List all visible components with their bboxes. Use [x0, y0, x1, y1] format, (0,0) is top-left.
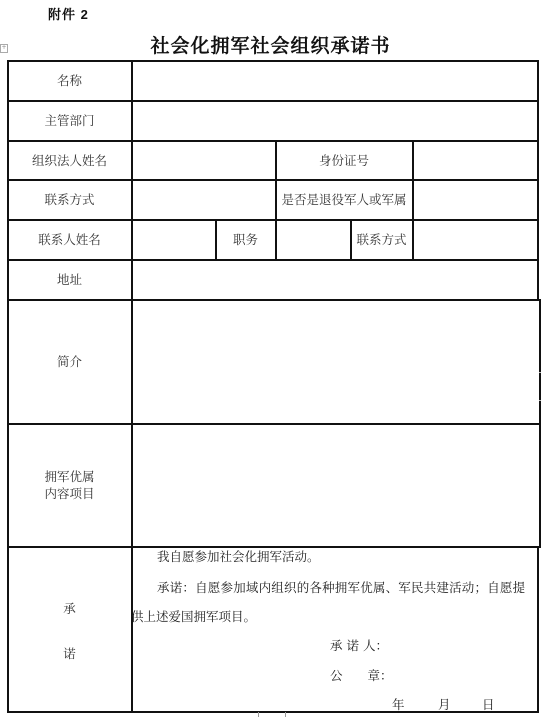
id-number-label: 身份证号: [276, 141, 412, 179]
address-label: 地址: [8, 260, 131, 299]
contact-phone-label: 联系方式: [351, 220, 412, 259]
date-day: 日: [482, 695, 495, 713]
legal-rep-field[interactable]: [133, 142, 274, 179]
page-break-marker: [258, 712, 286, 717]
table-border-right: [537, 546, 539, 713]
contact-person-field[interactable]: [133, 221, 214, 258]
contact-person-label: 联系人姓名: [8, 220, 131, 259]
position-field[interactable]: [277, 221, 349, 258]
contact-label: 联系方式: [8, 180, 131, 219]
date-year: 年: [392, 695, 405, 713]
supervisor-field[interactable]: [133, 102, 536, 139]
support-items-label-line2: 内容项目: [44, 485, 94, 502]
table-border-right: [539, 299, 541, 548]
legal-rep-label: 组织法人姓名: [8, 141, 131, 179]
supervisor-label: 主管部门: [8, 101, 131, 140]
intro-field[interactable]: [133, 301, 538, 422]
pledge-label-char1: 承: [8, 598, 131, 618]
signer-label: 承 诺 人：: [330, 636, 388, 654]
table-border-right: [537, 60, 539, 300]
attachment-label: 附件 2: [48, 4, 89, 23]
address-field[interactable]: [133, 261, 536, 298]
seal-field[interactable]: [400, 664, 530, 684]
position-label: 职务: [216, 220, 275, 259]
support-items-label-line1: 拥军优属: [44, 468, 94, 485]
support-items-label: 拥军优属 内容项目: [8, 424, 131, 546]
pledge-line-1: 我自愿参加社会化拥军活动。: [157, 547, 320, 565]
date-month: 月: [438, 695, 451, 713]
name-label: 名称: [8, 61, 131, 100]
document-title: 社会化拥军社会组织承诺书: [0, 31, 541, 58]
intro-label: 简介: [8, 300, 131, 423]
pledge-label-char2: 诺: [8, 643, 131, 663]
veteran-status-label: 是否是退役军人或军属: [276, 180, 412, 219]
seal-label: 公 章：: [330, 666, 393, 684]
support-items-field[interactable]: [133, 425, 538, 545]
pledge-line-3: 供上述爱国拥军项目。: [131, 607, 256, 625]
veteran-status-field[interactable]: [414, 181, 536, 218]
id-number-field[interactable]: [414, 142, 536, 179]
signer-field[interactable]: [400, 634, 530, 654]
name-field[interactable]: [133, 62, 536, 99]
pledge-line-2: 承诺：自愿参加域内组织的各种拥军优属、军民共建活动；自愿提: [157, 578, 525, 596]
contact-field[interactable]: [133, 181, 274, 218]
contact-phone-field[interactable]: [414, 221, 536, 258]
